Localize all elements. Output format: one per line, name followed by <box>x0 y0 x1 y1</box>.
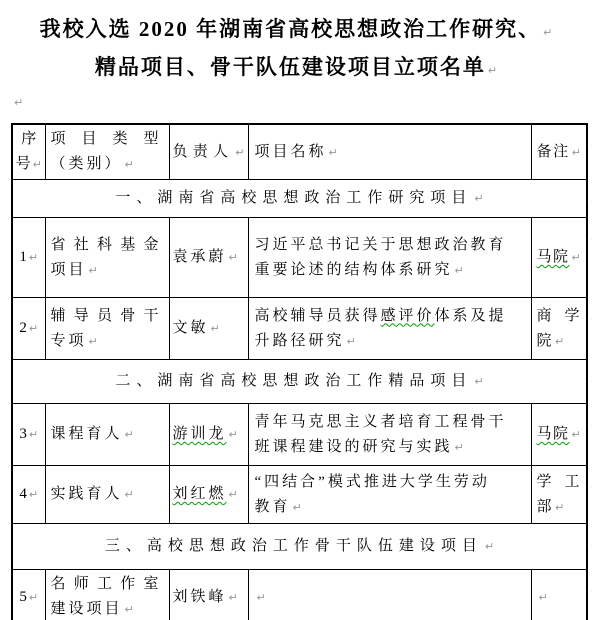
paragraph-mark-icon: ↵ <box>257 585 266 610</box>
paragraph-mark-icon: ↵ <box>572 245 581 270</box>
cell-line: 习近平总书记关于思想政治教育 <box>255 233 525 258</box>
cell-text: 项目 <box>51 262 87 278</box>
paragraph-mark-icon: ↵ <box>488 53 497 88</box>
title-line-1: 我校入选 2020 年湖南省高校思想政治工作研究、↵ <box>0 12 592 50</box>
cell-line: 商学 <box>537 304 582 329</box>
cell-line: 3↵ <box>14 422 44 447</box>
cell-line: 2↵ <box>14 316 44 341</box>
paragraph-mark-icon: ↵ <box>229 422 238 447</box>
leader-cell: 刘红燃↵ <box>169 466 248 524</box>
cell-text: 体系及提 <box>435 308 507 324</box>
cell-line: 省社科基金 <box>51 233 162 258</box>
cell-text: 升路径研究 <box>255 333 345 349</box>
grammar-squiggle-text: 马院 <box>537 426 570 442</box>
cell-line: 项目类型 <box>51 127 162 152</box>
cell-text: 3 <box>19 426 27 442</box>
section-title: 三、高校思想政治工作骨干队伍建设项目 <box>105 538 483 554</box>
paragraph-mark-icon: ↵ <box>29 422 38 447</box>
cell-line: 教育↵ <box>255 495 525 520</box>
grammar-squiggle-text: 游训龙 <box>173 426 227 442</box>
cell-text: 备注 <box>537 144 570 160</box>
cell-line: 高校辅导员获得感评价体系及提 <box>255 304 525 329</box>
cell-line: 实践育人↵ <box>51 482 162 507</box>
cell-text: 省社科基金 <box>51 237 162 253</box>
project-name-cell: 高校辅导员获得感评价体系及提升路径研究↵ <box>248 298 531 360</box>
empty-paragraph: ↵ <box>0 94 592 110</box>
project-type-cell: 辅导员骨干专项↵ <box>45 298 169 360</box>
paragraph-mark-icon: ↵ <box>229 245 238 270</box>
cell-text: （类别） <box>51 156 123 172</box>
grammar-squiggle-text: 马院 <box>537 249 570 265</box>
table-row: 4↵实践育人↵刘红燃↵“四结合”模式推进大学生劳动教育↵学工部↵ <box>12 466 587 524</box>
cell-line: 刘铁峰↵ <box>173 585 245 610</box>
seq-cell: 3↵ <box>12 404 45 466</box>
cell-line: 刘红燃↵ <box>173 482 245 507</box>
section-title-cell: 三、高校思想政治工作骨干队伍建设项目↵ <box>12 524 587 570</box>
leader-cell: 文敏↵ <box>169 298 248 360</box>
note-cell: ↵ <box>531 570 587 620</box>
paragraph-mark-icon: ↵ <box>125 152 134 177</box>
cell-text: 重要论述的结构体系研究 <box>255 262 453 278</box>
paragraph-mark-icon: ↵ <box>329 140 338 165</box>
cell-text: 院 <box>537 333 554 349</box>
cell-text: 项目名称 <box>255 144 327 160</box>
title-line-2: 精品项目、骨干队伍建设项目立项名单↵ <box>0 50 592 88</box>
table-row: 1↵省社科基金项目↵袁承蔚↵习近平总书记关于思想政治教育重要论述的结构体系研究↵… <box>12 218 587 298</box>
paragraph-mark-icon: ↵ <box>235 140 244 165</box>
cell-text: 4 <box>19 486 27 502</box>
project-name-cell: ↵ <box>248 570 531 620</box>
cell-text: 文敏 <box>173 320 209 336</box>
project-type-cell: 实践育人↵ <box>45 466 169 524</box>
paragraph-mark-icon: ↵ <box>229 482 238 507</box>
paragraph-mark-icon: ↵ <box>229 585 238 610</box>
cell-line: 班课程建设的研究与实践↵ <box>255 435 525 460</box>
cell-line: 文敏↵ <box>173 316 245 341</box>
header-row: 序号↵项目类型（类别）↵负责人↵项目名称↵备注↵ <box>12 124 587 180</box>
note-cell: 马院↵ <box>531 404 587 466</box>
paragraph-mark-icon: ↵ <box>572 140 581 165</box>
paragraph-mark-icon: ↵ <box>33 152 42 177</box>
paragraph-mark-icon: ↵ <box>29 245 38 270</box>
project-name-cell: 青年马克思主义者培育工程骨干班课程建设的研究与实践↵ <box>248 404 531 466</box>
header-project-type-cell: 项目类型（类别）↵ <box>45 124 169 180</box>
cell-text: 高校辅导员获得 <box>255 308 381 324</box>
cell-line: 青年马克思主义者培育工程骨干 <box>255 410 525 435</box>
title-line-1-text: 我校入选 2020 年湖南省高校思想政治工作研究、 <box>40 17 542 41</box>
paragraph-mark-icon: ↵ <box>29 585 38 610</box>
cell-line: 部↵ <box>537 495 582 520</box>
cell-text: 负责人 <box>173 144 234 160</box>
cell-line: 建设项目↵ <box>51 597 162 620</box>
cell-line: 袁承蔚↵ <box>173 245 245 270</box>
projects-table-wrap: 序号↵项目类型（类别）↵负责人↵项目名称↵备注↵一、湖南省高校思想政治工作研究项… <box>11 123 592 620</box>
cell-text: 班课程建设的研究与实践 <box>255 439 453 455</box>
header-project-name-cell: 项目名称↵ <box>248 124 531 180</box>
grammar-squiggle-text: 感评价 <box>381 308 435 324</box>
header-seq-cell: 序号↵ <box>12 124 45 180</box>
cell-line: 课程育人↵ <box>51 422 162 447</box>
paragraph-mark-icon: ↵ <box>543 15 552 50</box>
project-type-cell: 省社科基金项目↵ <box>45 218 169 298</box>
word-document-page: { "document": { "title_line1": "我校入选 202… <box>0 0 592 620</box>
note-cell: 马院↵ <box>531 218 587 298</box>
leader-cell: 游训龙↵ <box>169 404 248 466</box>
cell-line: 名师工作室 <box>51 572 162 597</box>
note-cell: 商学院↵ <box>531 298 587 360</box>
paragraph-mark-icon: ↵ <box>539 585 548 610</box>
paragraph-mark-icon: ↵ <box>211 316 220 341</box>
leader-cell: 刘铁峰↵ <box>169 570 248 620</box>
cell-line: 升路径研究↵ <box>255 329 525 354</box>
cell-line: 学工 <box>537 470 582 495</box>
paragraph-mark-icon: ↵ <box>293 495 302 520</box>
paragraph-mark-icon: ↵ <box>555 495 564 520</box>
paragraph-mark-icon: ↵ <box>89 329 98 354</box>
seq-cell: 4↵ <box>12 466 45 524</box>
paragraph-mark-icon: ↵ <box>125 597 134 620</box>
cell-text: “四结合”模式推进大学生劳动 <box>255 474 490 490</box>
cell-line: 号↵ <box>14 152 44 177</box>
section-row: 二、湖南省高校思想政治工作精品项目↵ <box>12 360 587 404</box>
section-title: 一、湖南省高校思想政治工作研究项目 <box>115 190 472 206</box>
table-row: 2↵辅导员骨干专项↵文敏↵高校辅导员获得感评价体系及提升路径研究↵商学院↵ <box>12 298 587 360</box>
cell-line: 备注↵ <box>537 140 582 165</box>
cell-line: 游训龙↵ <box>173 422 245 447</box>
cell-line: 马院↵ <box>537 245 582 270</box>
cell-line: （类别）↵ <box>51 152 162 177</box>
seq-cell: 2↵ <box>12 298 45 360</box>
cell-text: 刘铁峰 <box>173 589 227 605</box>
cell-text: 5 <box>19 589 27 605</box>
cell-line: 4↵ <box>14 482 44 507</box>
cell-text: 实践育人 <box>51 486 123 502</box>
section-row: 一、湖南省高校思想政治工作研究项目↵ <box>12 180 587 218</box>
project-name-cell: “四结合”模式推进大学生劳动教育↵ <box>248 466 531 524</box>
cell-line: 1↵ <box>14 245 44 270</box>
cell-line: 专项↵ <box>51 329 162 354</box>
cell-text: 名师工作室 <box>51 576 162 592</box>
paragraph-mark-icon: ↵ <box>347 329 356 354</box>
projects-table: 序号↵项目类型（类别）↵负责人↵项目名称↵备注↵一、湖南省高校思想政治工作研究项… <box>11 123 588 620</box>
seq-cell: 1↵ <box>12 218 45 298</box>
grammar-squiggle-text: 刘红燃 <box>173 486 227 502</box>
cell-line: 负责人↵ <box>173 140 245 165</box>
cell-text: 2 <box>19 320 27 336</box>
cell-text: 建设项目 <box>51 601 123 617</box>
cell-text: 部 <box>537 499 554 515</box>
paragraph-mark-icon: ↵ <box>572 422 581 447</box>
paragraph-mark-icon: ↵ <box>125 422 134 447</box>
cell-text: 课程育人 <box>51 426 123 442</box>
paragraph-mark-icon: ↵ <box>485 534 494 559</box>
cell-text: 学工 <box>537 474 582 490</box>
project-type-cell: 课程育人↵ <box>45 404 169 466</box>
title-line-2-text: 精品项目、骨干队伍建设项目立项名单 <box>95 55 486 79</box>
cell-line: 重要论述的结构体系研究↵ <box>255 258 525 283</box>
cell-line: 马院↵ <box>537 422 582 447</box>
cell-line: “四结合”模式推进大学生劳动 <box>255 470 525 495</box>
cell-line: 院↵ <box>537 329 582 354</box>
document-title: 我校入选 2020 年湖南省高校思想政治工作研究、↵ 精品项目、骨干队伍建设项目… <box>0 0 592 88</box>
cell-line: 序 <box>14 127 44 152</box>
cell-text: 袁承蔚 <box>173 249 227 265</box>
table-row: 3↵课程育人↵游训龙↵青年马克思主义者培育工程骨干班课程建设的研究与实践↵马院↵ <box>12 404 587 466</box>
header-leader-cell: 负责人↵ <box>169 124 248 180</box>
section-title: 二、湖南省高校思想政治工作精品项目 <box>115 373 472 389</box>
section-row: 三、高校思想政治工作骨干队伍建设项目↵ <box>12 524 587 570</box>
cell-line: 项目↵ <box>51 258 162 283</box>
cell-text: 号 <box>16 156 31 172</box>
cell-text: 教育 <box>255 499 291 515</box>
cell-text: 专项 <box>51 333 87 349</box>
cell-line: 5↵ <box>14 585 44 610</box>
note-cell: 学工部↵ <box>531 466 587 524</box>
paragraph-mark-icon: ↵ <box>14 95 23 111</box>
project-name-cell: 习近平总书记关于思想政治教育重要论述的结构体系研究↵ <box>248 218 531 298</box>
paragraph-mark-icon: ↵ <box>89 258 98 283</box>
paragraph-mark-icon: ↵ <box>474 186 483 211</box>
paragraph-mark-icon: ↵ <box>125 482 134 507</box>
cell-text: 1 <box>19 249 27 265</box>
cell-text: 序 <box>21 131 36 147</box>
paragraph-mark-icon: ↵ <box>474 369 483 394</box>
paragraph-mark-icon: ↵ <box>29 482 38 507</box>
cell-line: 项目名称↵ <box>255 140 525 165</box>
cell-text: 习近平总书记关于思想政治教育 <box>255 237 507 253</box>
cell-text: 辅导员骨干 <box>51 308 162 324</box>
leader-cell: 袁承蔚↵ <box>169 218 248 298</box>
cell-line: 辅导员骨干 <box>51 304 162 329</box>
cell-line: ↵ <box>255 585 525 610</box>
cell-text: 商学 <box>537 308 582 324</box>
section-title-cell: 一、湖南省高校思想政治工作研究项目↵ <box>12 180 587 218</box>
cell-text: 青年马克思主义者培育工程骨干 <box>255 414 507 430</box>
project-type-cell: 名师工作室建设项目↵ <box>45 570 169 620</box>
table-row: 5↵名师工作室建设项目↵刘铁峰↵↵↵ <box>12 570 587 620</box>
header-note-cell: 备注↵ <box>531 124 587 180</box>
cell-line: ↵ <box>537 585 582 610</box>
paragraph-mark-icon: ↵ <box>29 316 38 341</box>
paragraph-mark-icon: ↵ <box>455 435 464 460</box>
section-title-cell: 二、湖南省高校思想政治工作精品项目↵ <box>12 360 587 404</box>
paragraph-mark-icon: ↵ <box>455 258 464 283</box>
paragraph-mark-icon: ↵ <box>555 329 564 354</box>
cell-text: 项目类型 <box>51 131 162 147</box>
seq-cell: 5↵ <box>12 570 45 620</box>
